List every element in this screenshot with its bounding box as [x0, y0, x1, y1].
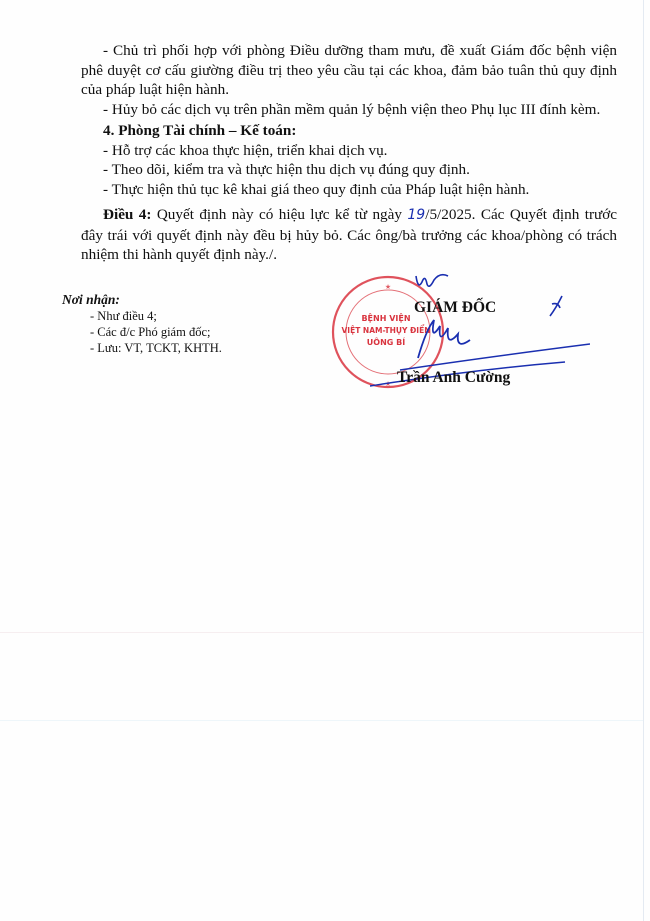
recipient-item: - Như điều 4;: [62, 308, 222, 324]
section-heading-finance: 4. Phòng Tài chính – Kế toán:: [81, 121, 617, 141]
handwritten-day: 19: [407, 207, 425, 223]
section-item: - Theo dõi, kiểm tra và thực hiện thu dị…: [81, 160, 617, 180]
recipient-item: - Lưu: VT, TCKT, KHTH.: [62, 340, 222, 356]
recipients-title: Nơi nhận:: [62, 292, 222, 308]
document-page: - Chủ trì phối hợp với phòng Điều dưỡng …: [0, 0, 650, 921]
paragraph-cancel-services: - Hủy bỏ các dịch vụ trên phần mềm quản …: [81, 100, 617, 120]
recipient-item: - Các đ/c Phó giám đốc;: [62, 324, 222, 340]
signer-name: Trần Anh Cường: [397, 369, 510, 387]
article-4: Điều 4: Quyết định này có hiệu lực kể từ…: [81, 205, 617, 265]
document-body: - Chủ trì phối hợp với phòng Điều dưỡng …: [81, 41, 617, 265]
section-item: - Thực hiện thủ tục kê khai giá theo quy…: [81, 180, 617, 200]
recipients-block: Nơi nhận: - Như điều 4; - Các đ/c Phó gi…: [62, 292, 222, 356]
article-label: Điều 4:: [103, 206, 151, 223]
scan-edge-line: [643, 0, 644, 921]
paragraph-bed-structure: - Chủ trì phối hợp với phòng Điều dưỡng …: [81, 41, 617, 100]
section-item: - Hỗ trợ các khoa thực hiện, triển khai …: [81, 141, 617, 161]
signature-block: ★ ★ BỆNH VIỆN VIỆT NAM-THỤY ĐIỂN UÔNG BÍ…: [330, 268, 590, 398]
scan-artifact-line: [0, 720, 643, 721]
article-text-before-date: Quyết định này có hiệu lực kể từ ngày: [151, 206, 407, 223]
scan-artifact-line: [0, 632, 643, 633]
